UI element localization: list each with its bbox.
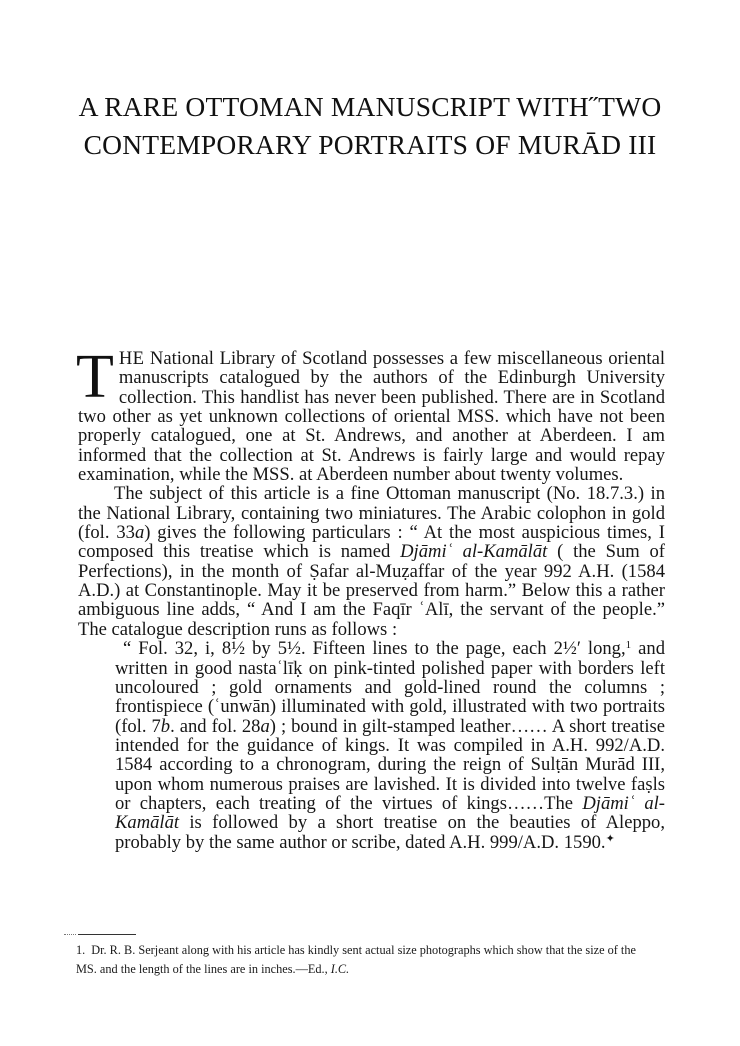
footnote-text: Dr. R. B. Serjeant along with his articl… (76, 943, 636, 976)
article-title: A RARE OTTOMAN MANUSCRIPT WITH˝TWO CONTE… (60, 88, 680, 164)
document-page: A RARE OTTOMAN MANUSCRIPT WITH˝TWO CONTE… (0, 0, 740, 1046)
paragraph-1-text: National Library of Scotland possesses a… (78, 348, 665, 485)
title-line-2: CONTEMPORARY PORTRAITS OF MURĀD III (60, 126, 680, 164)
article-body: THE National Library of Scotland possess… (78, 349, 665, 852)
footnote-divider (78, 934, 136, 935)
footnote-1: 1.Dr. R. B. Serjeant along with his arti… (76, 941, 656, 979)
quote-part-5: is followed by a short treatise on the b… (115, 812, 665, 852)
footnote-number: 1. (76, 943, 85, 957)
footnote: 1.Dr. R. B. Serjeant along with his arti… (76, 941, 656, 979)
lead-caps: HE (119, 348, 144, 369)
footnote-source: I.C. (331, 962, 349, 976)
quote-part-3: . and fol. 28 (170, 716, 260, 737)
end-mark-icon: ✦ (606, 833, 615, 845)
folio-side-a: a (135, 522, 144, 543)
catalogue-quote: “ Fol. 32, i, 8½ by 5½. Fifteen lines to… (115, 639, 665, 852)
drop-cap: T (76, 352, 114, 402)
paragraph-2: The subject of this article is a fine Ot… (78, 484, 665, 639)
paragraph-1: THE National Library of Scotland possess… (78, 349, 665, 484)
quote-part-1: “ Fol. 32, i, 8½ by 5½. Fifteen lines to… (123, 638, 626, 659)
manuscript-title: Djāmiʿ al-Kamālāt (400, 541, 547, 562)
folio-side-a-2: a (260, 716, 269, 737)
folio-side-b: b (161, 716, 170, 737)
title-line-1: A RARE OTTOMAN MANUSCRIPT WITH˝TWO (60, 88, 680, 126)
